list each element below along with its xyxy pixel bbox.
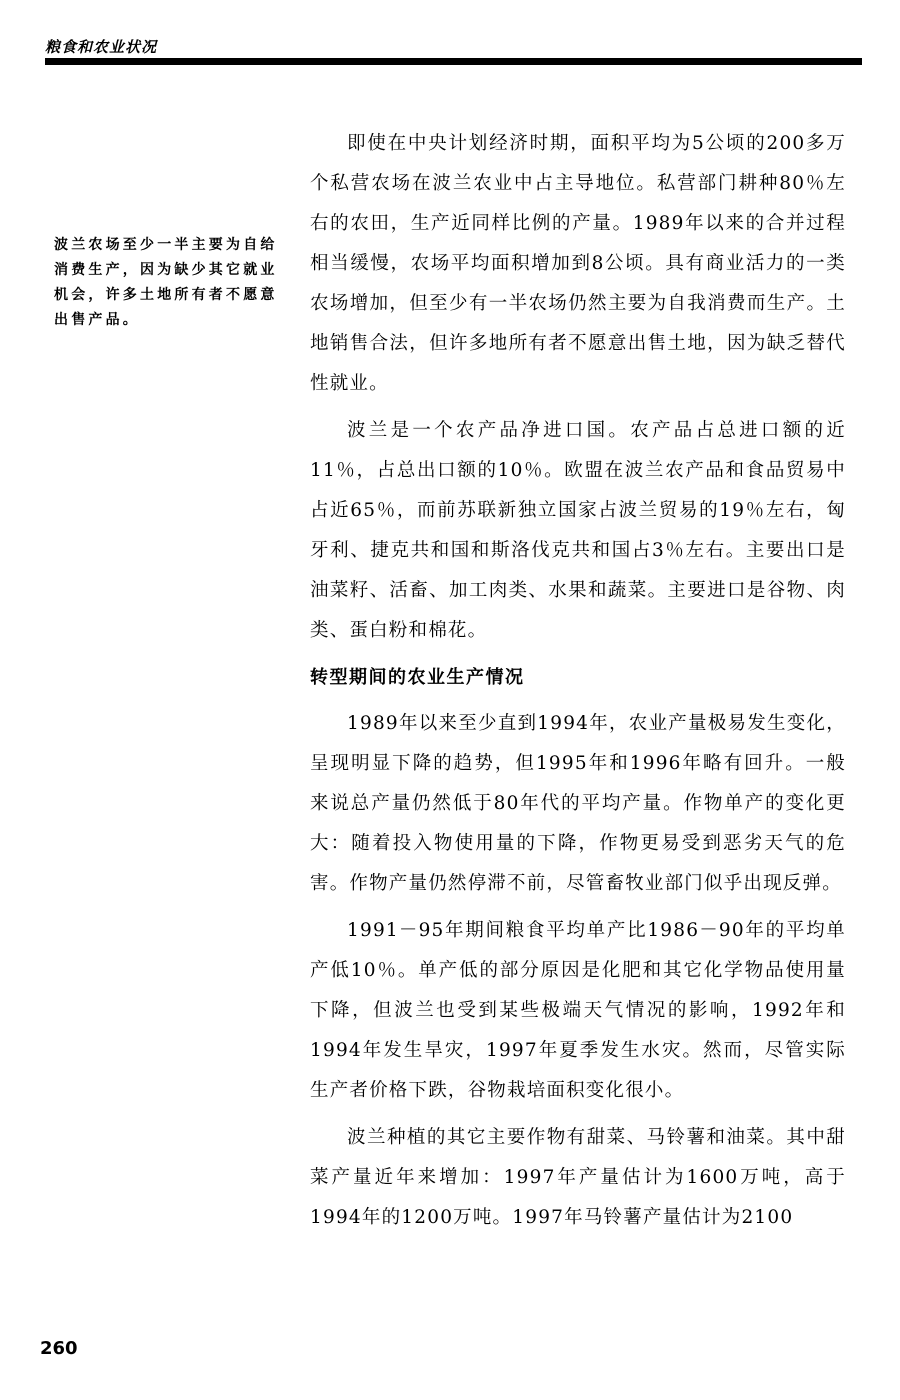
paragraph: 波兰是一个农产品净进口国。农产品占总进口额的近11％，占总出口额的10％。欧盟在…	[310, 411, 846, 651]
page-number: 260	[40, 1338, 78, 1359]
paragraph: 即使在中央计划经济时期，面积平均为5公顷的200多万个私营农场在波兰农业中占主导…	[310, 124, 846, 404]
section-heading: 转型期间的农业生产情况	[310, 658, 846, 698]
header-rule	[45, 58, 862, 65]
paragraph: 1989年以来至少直到1994年，农业产量极易发生变化，呈现明显下降的趋势，但1…	[310, 704, 846, 904]
main-text-column: 即使在中央计划经济时期，面积平均为5公顷的200多万个私营农场在波兰农业中占主导…	[310, 124, 846, 1245]
paragraph: 1991－95年期间粮食平均单产比1986－90年的平均单产低10％。单产低的部…	[310, 911, 846, 1111]
margin-note: 波兰农场至少一半主要为自给消费生产，因为缺少其它就业机会，许多土地所有者不愿意出…	[54, 233, 286, 333]
paragraph: 波兰种植的其它主要作物有甜菜、马铃薯和油菜。其中甜菜产量近年来增加：1997年产…	[310, 1118, 846, 1238]
running-title: 粮食和农业状况	[45, 36, 157, 57]
